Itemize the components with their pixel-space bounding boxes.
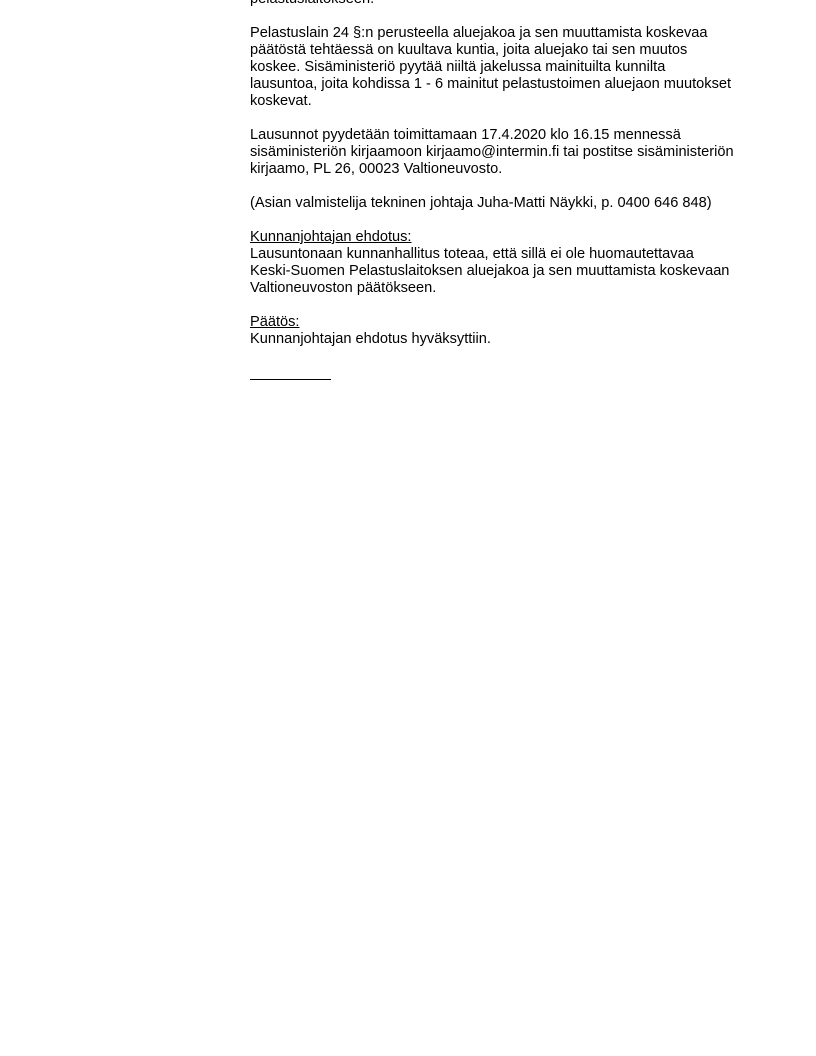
text-line: Lausuntonaan kunnanhallitus toteaa, että…: [250, 246, 750, 263]
text-line: sisäministeriön kirjaamoon kirjaamo@inte…: [250, 144, 750, 161]
text-line: Keski-Suomen Pelastuslaitoksen aluejakoa…: [250, 263, 750, 280]
text-line: koskee. Sisäministeriö pyytää niiltä jak…: [250, 59, 750, 76]
text-line: kirjaamo, PL 26, 00023 Valtioneuvosto.: [250, 161, 750, 178]
text-line: koskevat.: [250, 93, 750, 110]
paragraph-legal-basis: Pelastuslain 24 §:n perusteella aluejako…: [250, 25, 750, 110]
text-line: Valtioneuvoston päätökseen.: [250, 280, 750, 297]
paragraph-preparer: (Asian valmistelija tekninen johtaja Juh…: [250, 195, 750, 212]
text-line: (Asian valmistelija tekninen johtaja Juh…: [250, 195, 750, 212]
paragraph-deadline: Lausunnot pyydetään toimittamaan 17.4.20…: [250, 127, 750, 178]
document-page: pelastuslaitokseen. Pelastuslain 24 §:n …: [250, 0, 750, 382]
paragraph-continuation: pelastuslaitokseen.: [250, 0, 750, 8]
end-rule-divider: [250, 365, 331, 382]
text-line: päätöstä tehtäessä on kuultava kuntia, j…: [250, 42, 750, 59]
text-line: Kunnanjohtajan ehdotus hyväksyttiin.: [250, 331, 750, 348]
text-line: Lausunnot pyydetään toimittamaan 17.4.20…: [250, 127, 750, 144]
text-line: pelastuslaitokseen.: [250, 0, 750, 8]
text-line: lausuntoa, joita kohdissa 1 - 6 mainitut…: [250, 76, 750, 93]
decision-heading: Päätös:: [250, 314, 750, 331]
text-line: Pelastuslain 24 §:n perusteella aluejako…: [250, 25, 750, 42]
section-decision: Päätös: Kunnanjohtajan ehdotus hyväksytt…: [250, 314, 750, 348]
proposal-heading: Kunnanjohtajan ehdotus:: [250, 229, 750, 246]
section-proposal: Kunnanjohtajan ehdotus: Lausuntonaan kun…: [250, 229, 750, 297]
